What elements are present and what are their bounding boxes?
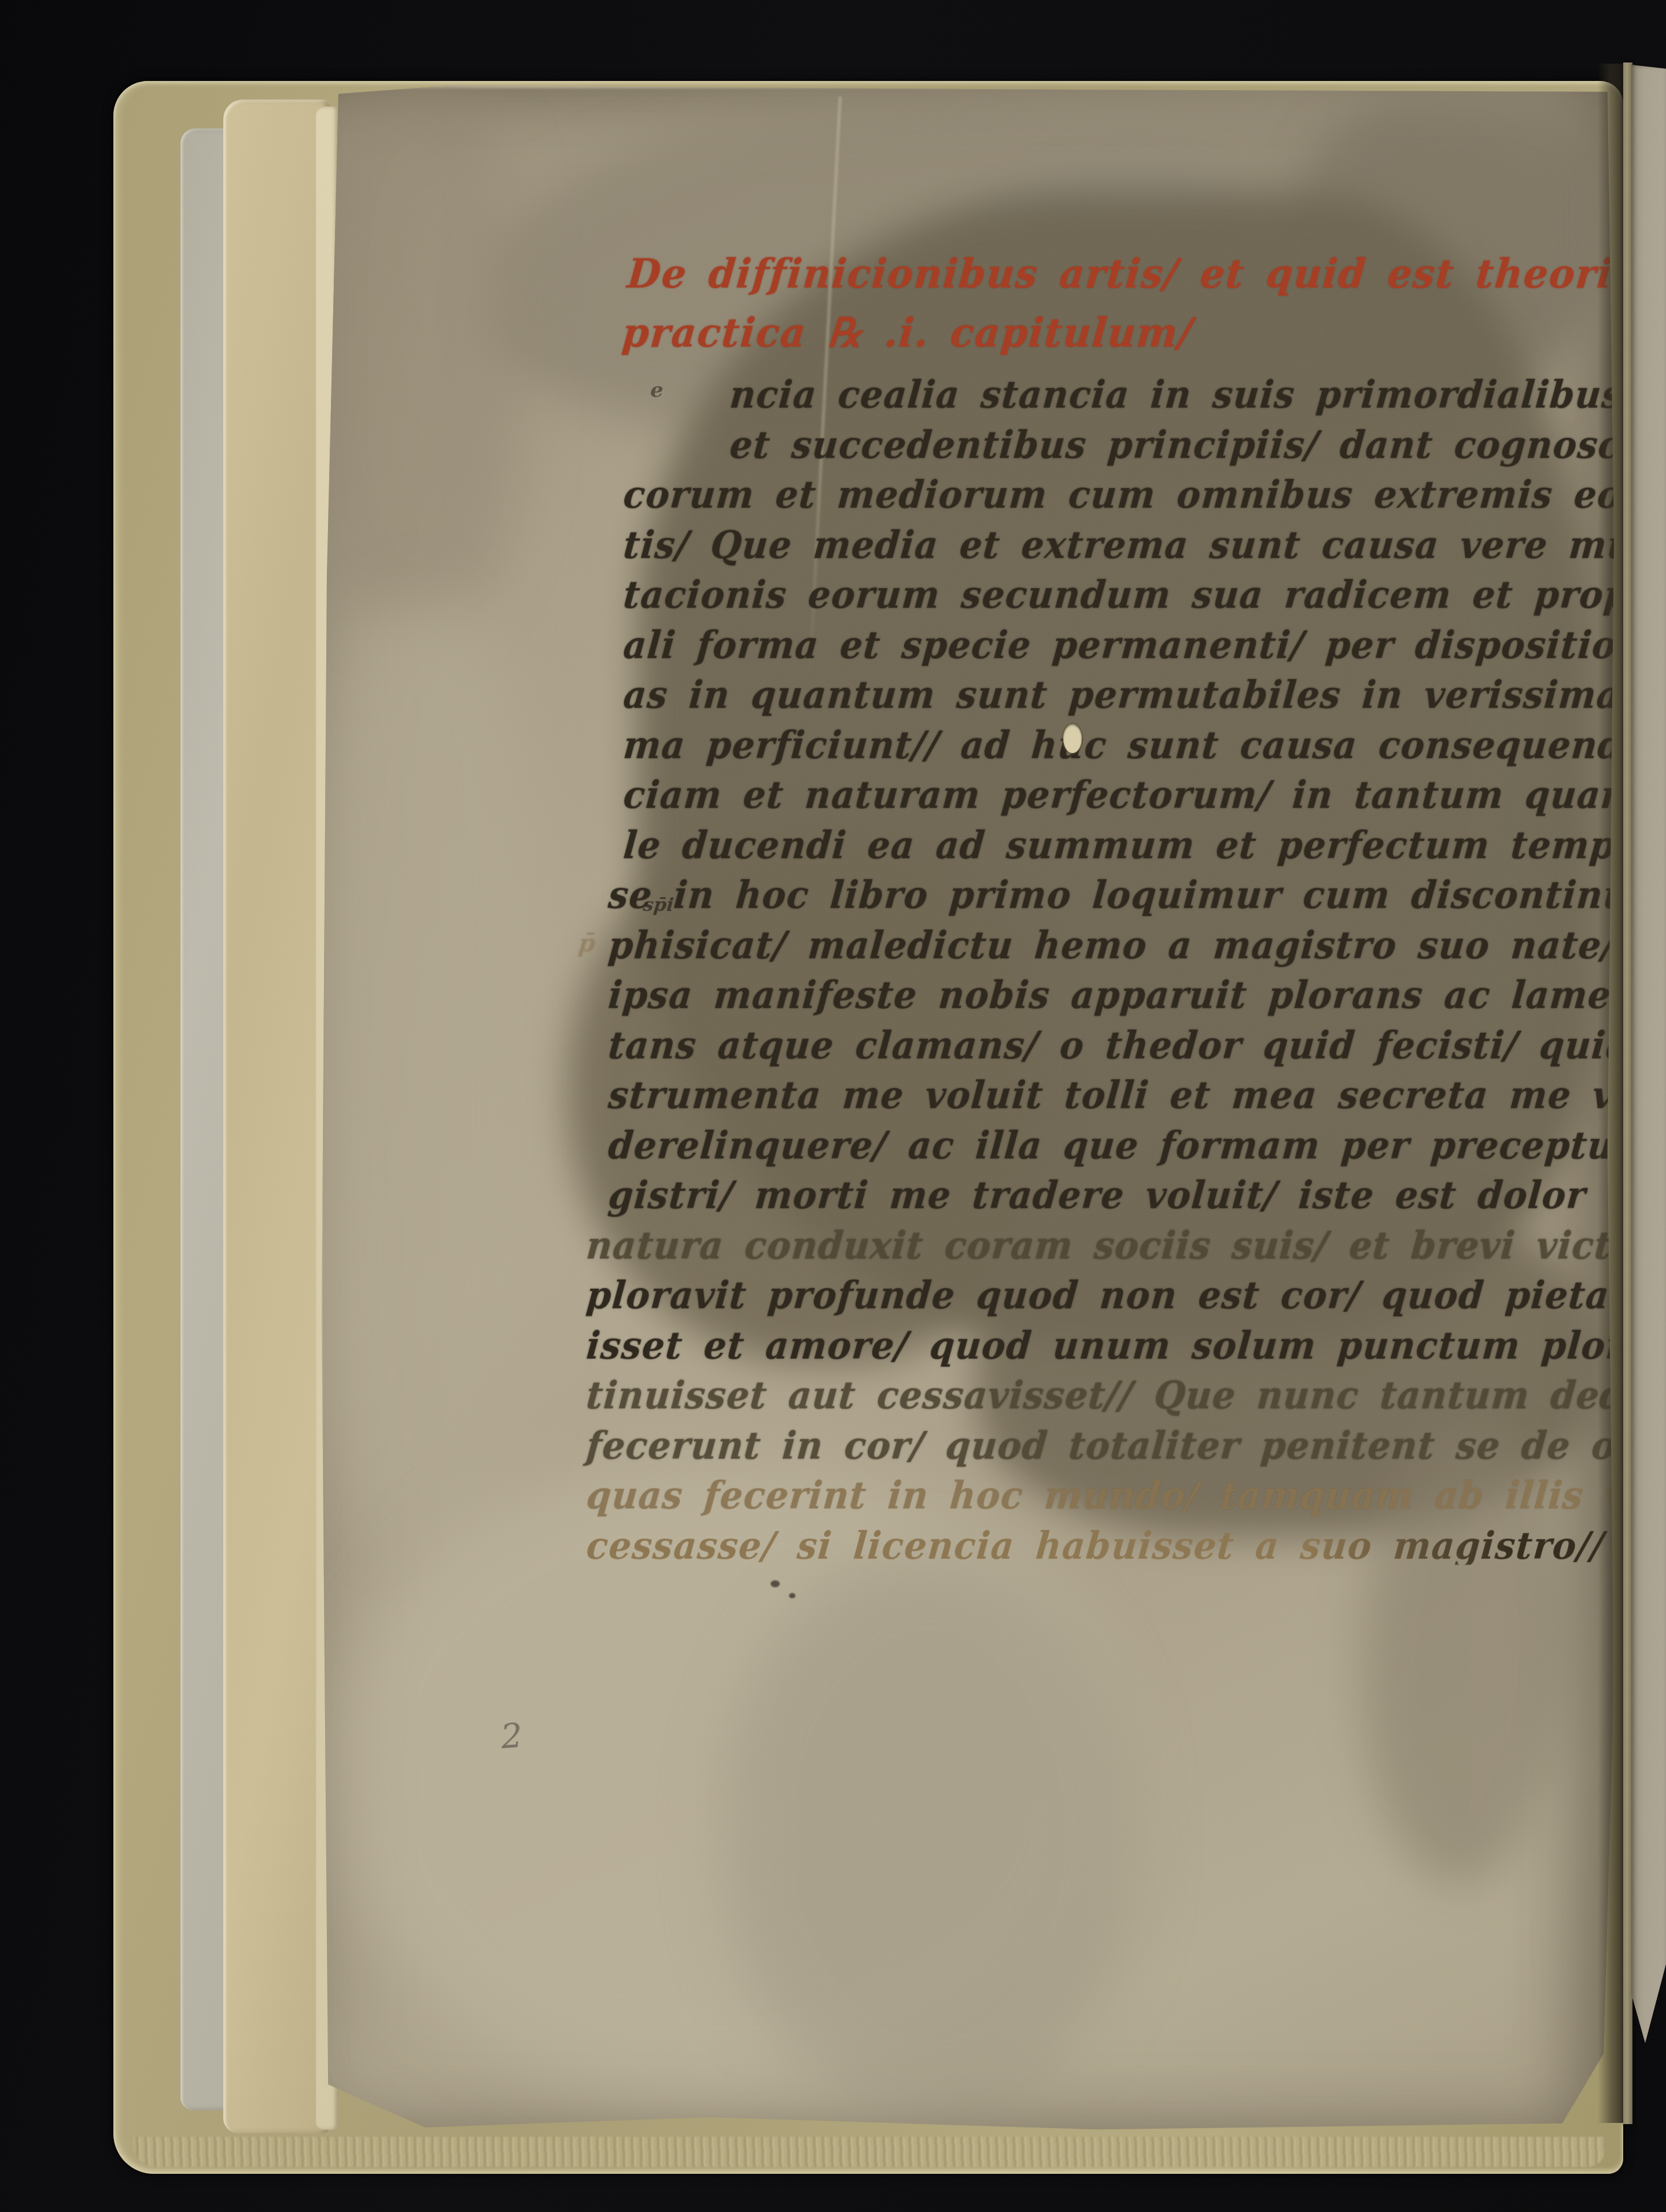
manuscript-page: De diffinicionibus artis/ et quid est th… — [322, 86, 1614, 2136]
text-line: ipsa manifeste nobis apparuit plorans ac… — [607, 976, 1666, 1014]
ink-speck — [771, 1580, 780, 1587]
rubric-line: practica ℞ .i. capitulum/ — [621, 312, 1195, 352]
text-line: derelinquere/ ac illa que formam per pre… — [607, 1126, 1666, 1164]
stain-top-right — [1299, 95, 1612, 384]
text-line: tinuisset aut cessavisset// Que nunc tan… — [585, 1377, 1666, 1414]
text-line: cessasse/ si licencia habuisset a suo ma… — [585, 1527, 1666, 1564]
text-line: ciam et naturam perfectorum/ in tantum q… — [622, 776, 1666, 814]
text-line: natura conduxit coram sociis suis/ et br… — [585, 1226, 1640, 1264]
text-line: strumenta me voluit tolli et mea secreta… — [607, 1076, 1666, 1114]
initial-guide-letter: e — [650, 379, 664, 400]
text-line: as in quantum sunt permutabiles in veris… — [622, 676, 1666, 714]
facing-page-edge — [1631, 65, 1666, 2043]
gutter-ridge — [1623, 62, 1632, 2124]
foliation-number: 2 — [500, 1719, 524, 1753]
ink-speck — [789, 1593, 795, 1598]
text-line: quas fecerint in hoc mundo/ tamquam ab i… — [585, 1477, 1666, 1514]
page-edge-tan-leaf — [223, 99, 330, 2133]
text-line: isset et amore/ quod unum solum punctum … — [585, 1326, 1666, 1364]
text-line: tans atque clamans/ o thedor quid fecist… — [607, 1026, 1666, 1064]
text-line: tis/ Que media et extrema sunt causa ver… — [622, 526, 1663, 563]
text-line: et succedentibus principiis/ dant cognos… — [728, 426, 1666, 463]
cover-frayed-bottom-edge — [133, 2137, 1605, 2167]
photo-backdrop: De diffinicionibus artis/ et quid est th… — [0, 0, 1666, 2212]
stain-left-band — [304, 74, 524, 629]
marginal-mark: p̄ — [577, 931, 597, 956]
text-line: se in hoc libro primo loquimur cum disco… — [607, 876, 1666, 914]
gutter-shadow — [1598, 64, 1626, 2123]
text-line: ali forma et specie permanenti/ per disp… — [622, 626, 1666, 663]
light-left-margin — [310, 595, 541, 1543]
text-line: corum et mediorum cum omnibus extremis e… — [622, 476, 1666, 514]
text-line: tacionis eorum secundum sua radicem et p… — [622, 576, 1666, 614]
text-line: ma perficiunt// ad huc sunt causa conseq… — [622, 726, 1666, 764]
gray-bottom-streak — [721, 1555, 1137, 2116]
text-line: ncia cealia stancia in suis primordialib… — [728, 376, 1638, 414]
text-line: gistri/ morti me tradere voluit/ iste es… — [607, 1177, 1666, 1214]
parchment-hole — [1063, 724, 1082, 753]
rubric-line: De diffinicionibus artis/ et quid est th… — [626, 253, 1666, 293]
text-line: le ducendi ea ad summum et perfectum tem… — [622, 826, 1666, 864]
text-line: ploravit profunde quod non est cor/ quod… — [585, 1277, 1666, 1314]
text-line: phisicat/ maledictu hemo a magistro suo … — [607, 926, 1666, 964]
text-line: fecerunt in cor/ quod totaliter penitent… — [585, 1426, 1666, 1464]
